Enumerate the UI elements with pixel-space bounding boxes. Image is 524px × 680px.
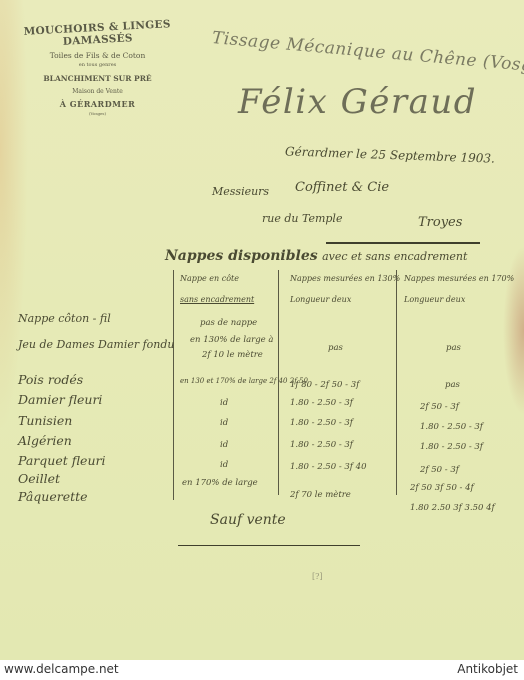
letterhead-line-6: à Gérardmer bbox=[10, 99, 185, 109]
recipient-name: Coffinet & Cie bbox=[295, 180, 389, 195]
divider-line bbox=[326, 242, 480, 244]
row-cell: 1.80 - 2.50 - 3f bbox=[290, 398, 353, 408]
letter-document: Mouchoirs & Linges Damassés Toiles de Fi… bbox=[0, 0, 524, 660]
letterhead-left-block: Mouchoirs & Linges Damassés Toiles de Fi… bbox=[10, 22, 185, 116]
recipient-city: Troyes bbox=[418, 215, 462, 230]
letterhead-subtitle: Tissage Mécanique au Chêne (Vosges) bbox=[211, 28, 524, 78]
row-cell: en 130 et 170% de large 2f 40 2f 50 bbox=[180, 377, 308, 385]
row-cell: pas bbox=[328, 343, 343, 353]
row-cell: pas de nappe bbox=[200, 318, 257, 328]
column-header-3: Nappes mesurées en 170% Longueur deux bbox=[404, 268, 514, 310]
row-label: Tunisien bbox=[18, 413, 72, 428]
row-cell: 2f 70 le mètre bbox=[290, 490, 351, 500]
row-cell: 1.80 - 2.50 - 3f bbox=[290, 418, 353, 428]
letterhead-line-5: Maison de Vente bbox=[10, 88, 185, 95]
row-cell: 1f 80 - 2f 50 - 3f bbox=[290, 380, 359, 390]
row-cell: id bbox=[220, 418, 228, 428]
column-divider bbox=[396, 270, 397, 495]
column-divider bbox=[173, 270, 174, 500]
row-label: Pois rodés bbox=[18, 372, 83, 387]
table-title: Nappes disponibles avec et sans encadrem… bbox=[165, 248, 467, 264]
letter-date: Gérardmer le 25 Septembre 1903. bbox=[285, 144, 495, 165]
row-cell: en 170% de large bbox=[182, 478, 258, 488]
table-title-main: Nappes disponibles bbox=[165, 248, 318, 264]
row-label: Algérien bbox=[18, 433, 72, 448]
row-cell: pas bbox=[445, 380, 460, 390]
row-cell: 2f 50 3f 50 - 4f bbox=[410, 483, 474, 493]
row-label: Oeillet bbox=[18, 471, 60, 486]
row-cell: pas bbox=[446, 343, 461, 353]
row-cell: 1.80 - 2.50 - 3f 40 bbox=[290, 462, 366, 472]
recipient-street: rue du Temple bbox=[262, 212, 342, 225]
row-cell: id bbox=[220, 460, 228, 470]
row-cell: 2f 50 - 3f bbox=[420, 402, 459, 412]
row-label: Damier fleuri bbox=[18, 392, 102, 407]
faint-stamp: [?] bbox=[312, 572, 323, 581]
company-name: Félix Géraud bbox=[238, 82, 477, 122]
row-label: Pâquerette bbox=[18, 489, 88, 504]
row-cell: id bbox=[220, 440, 228, 450]
row-cell: 2f 10 le mètre bbox=[202, 350, 263, 360]
column-header-1: Nappe en côte sans encadrement bbox=[180, 268, 254, 310]
letterhead-line-4: Blanchiment sur Pré bbox=[10, 74, 185, 83]
footer-bar: www.delcampe.net Antikobjet bbox=[0, 660, 524, 680]
letterhead-line-3: en tous genres bbox=[10, 62, 185, 68]
letterhead-line-2: Toiles de Fils & de Coton bbox=[10, 51, 185, 60]
bottom-divider-line bbox=[178, 545, 360, 546]
row-cell: 1.80 - 2.50 - 3f bbox=[420, 442, 483, 452]
salutation: Messieurs bbox=[212, 185, 269, 198]
row-cell: 2f 50 - 3f bbox=[420, 465, 459, 475]
row-cell: en 130% de large à bbox=[190, 335, 273, 345]
footer-seller-name[interactable]: Antikobjet bbox=[457, 662, 518, 676]
row-cell: 1.80 - 2.50 - 3f bbox=[420, 422, 483, 432]
footnote-sauf-vente: Sauf vente bbox=[210, 512, 286, 528]
letterhead-line-7: (Vosges) bbox=[10, 111, 185, 116]
row-label: Nappe côton - fil bbox=[18, 312, 111, 325]
letterhead-line-1: Mouchoirs & Linges Damassés bbox=[9, 17, 185, 50]
row-label: Parquet fleuri bbox=[18, 453, 105, 468]
row-label: Jeu de Dames Damier fondu bbox=[18, 338, 175, 351]
column-header-2: Nappes mesurées en 130% Longueur deux bbox=[290, 268, 400, 310]
table-title-suffix: avec et sans encadrement bbox=[322, 250, 467, 263]
footer-site-link[interactable]: www.delcampe.net bbox=[4, 662, 119, 676]
row-cell: 1.80 2.50 3f 3.50 4f bbox=[410, 503, 495, 513]
row-cell: 1.80 - 2.50 - 3f bbox=[290, 440, 353, 450]
row-cell: id bbox=[220, 398, 228, 408]
